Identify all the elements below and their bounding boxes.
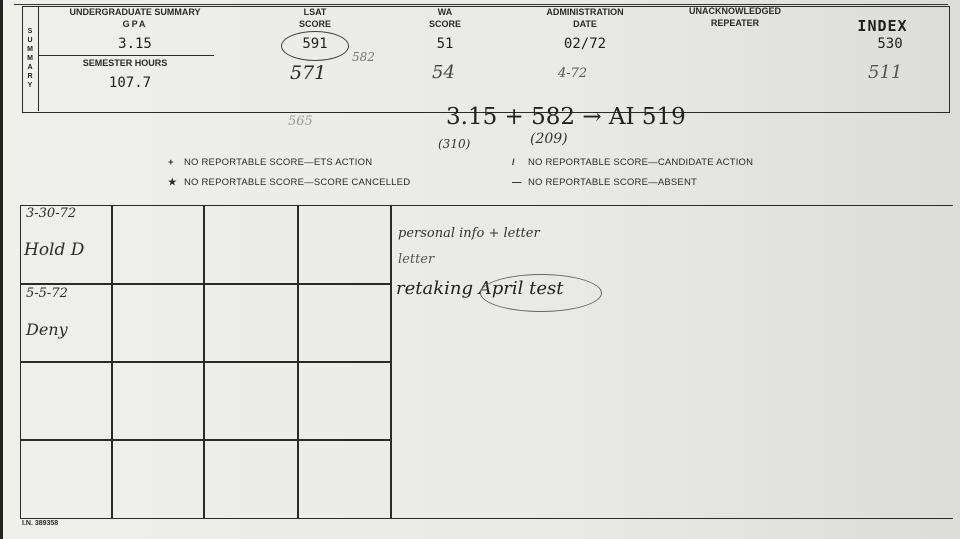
- wa-header-line2: SCORE: [420, 19, 470, 29]
- lsat-header-line1: LSAT: [285, 7, 345, 17]
- index-handwritten: 511: [868, 62, 902, 83]
- legend-item: /NO REPORTABLE SCORE—CANDIDATE ACTION: [512, 157, 753, 168]
- side-letter: M: [27, 45, 33, 54]
- note-line: personal info + letter: [398, 226, 540, 241]
- wa-handwritten-score: 54: [432, 62, 455, 83]
- legend-item: ★NO REPORTABLE SCORE—SCORE CANCELLED: [168, 177, 410, 188]
- wa-score-value: 51: [420, 36, 470, 52]
- action-date: 3-30-72: [26, 206, 76, 221]
- side-letter: R: [27, 72, 32, 81]
- admin-date-header-line2: DATE: [530, 19, 640, 29]
- lsat-handwritten-side: 582: [352, 50, 375, 64]
- legend-item: +NO REPORTABLE SCORE—ETS ACTION: [168, 157, 372, 168]
- undergraduate-summary-header: UNDERGRADUATE SUMMARY: [40, 7, 230, 17]
- action-date: 5-5-72: [26, 286, 68, 301]
- top-rule: [14, 4, 948, 5]
- legend-text: NO REPORTABLE SCORE—CANDIDATE ACTION: [528, 157, 753, 168]
- grid-divider: [20, 283, 391, 285]
- plus-symbol: +: [168, 157, 184, 168]
- lsat-circle-mark: [281, 31, 349, 61]
- gpa-value: 3.15: [60, 36, 210, 52]
- side-letter: A: [27, 63, 32, 72]
- semester-hours-value: 107.7: [50, 75, 210, 91]
- side-letter: M: [27, 54, 33, 63]
- admin-date-header-line1: ADMINISTRATION: [530, 7, 640, 17]
- index-header: INDEX: [845, 17, 920, 35]
- side-letter: Y: [28, 81, 33, 90]
- lsat-handwritten-score: 571: [290, 62, 326, 84]
- ai-calculation: 3.15 + 582 → AI 519: [446, 104, 686, 130]
- lsat-subscore: (209): [530, 131, 568, 147]
- legend-text: NO REPORTABLE SCORE—SCORE CANCELLED: [184, 177, 410, 188]
- admin-date-value: 02/72: [540, 36, 630, 52]
- legend-text: NO REPORTABLE SCORE—ABSENT: [528, 177, 697, 188]
- form-id: I.N. 389358: [22, 520, 58, 527]
- gpa-subscore: (310): [438, 137, 470, 151]
- note-line: letter: [398, 252, 434, 267]
- action-decision: Deny: [26, 320, 68, 339]
- action-decision: Hold D: [24, 240, 84, 260]
- faint-note: 565: [288, 114, 313, 129]
- star-symbol: ★: [168, 177, 184, 188]
- admin-date-handwritten: 4-72: [558, 66, 587, 81]
- legend-text: NO REPORTABLE SCORE—ETS ACTION: [184, 157, 372, 168]
- semester-hours-label: SEMESTER HOURS: [40, 58, 210, 68]
- scan-edge: [0, 0, 3, 539]
- grid-divider: [20, 361, 391, 363]
- repeater-header-line1: UNACKNOWLEDGED: [670, 6, 800, 16]
- legend-item: —NO REPORTABLE SCORE—ABSENT: [512, 177, 697, 188]
- grid-divider: [20, 439, 391, 441]
- gpa-divider: [38, 55, 214, 56]
- index-value: 530: [855, 36, 925, 52]
- notes-circle-mark: [480, 274, 602, 312]
- gpa-label: GPA: [40, 19, 230, 29]
- summary-side-label: S U M M A R Y: [22, 6, 39, 111]
- lsat-header-line2: SCORE: [285, 19, 345, 29]
- repeater-header-line2: REPEATER: [670, 18, 800, 28]
- side-letter: U: [27, 36, 32, 45]
- side-letter: S: [28, 27, 33, 36]
- slash-symbol: /: [512, 157, 528, 168]
- wa-header-line1: WA: [420, 7, 470, 17]
- dash-symbol: —: [512, 177, 528, 188]
